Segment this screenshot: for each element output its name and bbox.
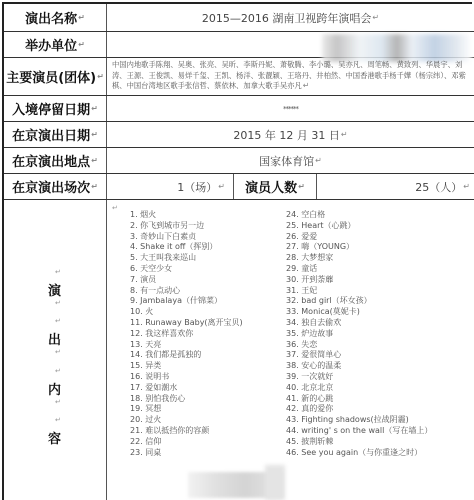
- song-item: 4. Shake it off（挥别）: [130, 242, 243, 253]
- entry-dates-masked-text: ******: [283, 105, 298, 113]
- beijing-date-label-text: 在京演出日期: [12, 125, 90, 144]
- song-item: 22. 信仰: [130, 437, 243, 448]
- paragraph-mark-icon: ↵: [218, 182, 225, 191]
- sessions-value: 1（场）↵: [107, 174, 233, 199]
- paragraph-mark-icon: ↵: [91, 182, 98, 191]
- redacted-watermark-block: [265, 465, 285, 500]
- paragraph-mark-icon: ↵: [91, 156, 98, 165]
- performers-text: 中国内地歌手陈翔、吴奥、张亮、吴昕、李斯丹妮、萧敬腾、李小璐、吴亦凡、周笔畅、黄…: [112, 60, 466, 90]
- song-item: 44. writing' s on the wall（写在墙上）: [286, 426, 432, 437]
- row-beijing-date: 在京演出日期↵ 2015 年 12 月 31 日↵: [4, 122, 474, 148]
- paragraph-mark-icon: ↵: [55, 398, 61, 406]
- actor-count-value: 25（人）↵: [316, 174, 474, 199]
- song-item: 38. 安心的温柔: [286, 361, 432, 372]
- paragraph-mark-icon: ↵: [91, 130, 98, 139]
- song-item: 45. 披荆斩棘: [286, 437, 432, 448]
- song-item: 41. 新的心跳: [286, 394, 432, 405]
- venue-text: 国家体育馆: [259, 153, 314, 169]
- song-item: 29. 童话: [286, 264, 432, 275]
- song-item: 30. 开到荼蘼: [286, 275, 432, 286]
- song-list-left: 1. 烟火 2. 你飞到城市另一边 3. 奇妙山下白素贞 4. Shake it…: [130, 210, 243, 458]
- show-name-label-text: 演出名称: [25, 8, 77, 27]
- paragraph-mark-icon: ↵: [372, 13, 379, 22]
- song-item: 36. 失恋: [286, 340, 432, 351]
- paragraph-mark-icon: ↵: [298, 182, 305, 191]
- paragraph-mark-icon: ↵: [55, 416, 61, 424]
- song-item: 28. 大梦想家: [286, 253, 432, 264]
- performance-application-form: 演出名称↵ 2015—2016 湖南卫视跨年演唱会↵ 举办单位↵ 主要演员(团体…: [2, 2, 472, 500]
- song-item: 33. Monica(莫妮卡): [286, 307, 432, 318]
- song-item: 12. 我这样喜欢你: [130, 329, 243, 340]
- entry-dates-label-text: 入境停留日期: [12, 99, 90, 118]
- song-item: 5. 大王叫我来巡山: [130, 253, 243, 264]
- song-list-right: 24. 空白格 25. Heart（心跳） 26. 爱爱 27. 嗨（YOUNG…: [286, 210, 432, 458]
- beijing-date-value: 2015 年 12 月 31 日↵: [107, 122, 474, 147]
- paragraph-mark-icon: ↵: [91, 104, 98, 113]
- song-item: 20. 过火: [130, 415, 243, 426]
- organizer-value: [107, 32, 474, 57]
- venue-label: 在京演出地点↵: [4, 148, 107, 173]
- song-item: 32. bad girl（坏女孩）: [286, 296, 432, 307]
- actor-count-label-text: 演员人数: [245, 177, 297, 196]
- performance-content-label: ↵ 演 ↵ ↵ 出 ↵ ↵ 内 ↵ ↵ 容: [4, 200, 107, 500]
- sessions-label: 在京演出场次↵: [4, 174, 107, 199]
- song-item: 43. Fighting shadows(拉战阴霾): [286, 415, 432, 426]
- actor-count-label: 演员人数↵: [233, 174, 317, 199]
- song-item: 31. 王妃: [286, 286, 432, 297]
- song-item: 40. 北京北京: [286, 383, 432, 394]
- paragraph-mark-icon: ↵: [463, 182, 470, 191]
- entry-dates-label: 入境停留日期↵: [4, 96, 107, 121]
- song-item: 34. 独自去偷欢: [286, 318, 432, 329]
- content-label-char: 容: [48, 428, 61, 447]
- show-name-label: 演出名称↵: [4, 4, 107, 31]
- content-label-char: 内: [48, 379, 61, 398]
- paragraph-mark-icon: ↵: [78, 13, 85, 22]
- song-item: 27. 嗨（YOUNG）: [286, 242, 432, 253]
- sessions-label-text: 在京演出场次: [12, 177, 90, 196]
- paragraph-mark-icon: ↵: [78, 40, 85, 49]
- show-name-value: 2015—2016 湖南卫视跨年演唱会↵: [107, 4, 474, 31]
- song-item: 10. 火: [130, 307, 243, 318]
- song-item: 15. 异类: [130, 361, 243, 372]
- song-item: 46. See you again（与你重逢之时）: [286, 448, 432, 459]
- song-item: 37. 爱很简单心: [286, 350, 432, 361]
- row-performers: 主要演员(团体)↵ 中国内地歌手陈翔、吴奥、张亮、吴昕、李斯丹妮、萧敬腾、李小璐…: [4, 58, 474, 96]
- row-entry-dates: 入境停留日期↵ ******: [4, 96, 474, 122]
- venue-label-text: 在京演出地点: [12, 151, 90, 170]
- song-item: 1. 烟火: [130, 210, 243, 221]
- song-item: 35. 炉边故事: [286, 329, 432, 340]
- row-sessions: 在京演出场次↵ 1（场）↵ 演员人数↵ 25（人）↵: [4, 174, 474, 200]
- song-item: 2. 你飞到城市另一边: [130, 221, 243, 232]
- row-performance-content: ↵ 演 ↵ ↵ 出 ↵ ↵ 内 ↵ ↵ 容 ↵ 1. 烟火 2. 你飞到城市另一…: [4, 200, 474, 500]
- song-item: 9. Jambalaya（什锦菜）: [130, 296, 243, 307]
- content-label-char: 出: [48, 329, 61, 348]
- performers-label: 主要演员(团体)↵: [4, 58, 107, 95]
- row-venue: 在京演出地点↵ 国家体育馆↵: [4, 148, 474, 174]
- song-item: 42. 真的爱你: [286, 404, 432, 415]
- performers-label-text: 主要演员(团体): [6, 67, 96, 86]
- song-item: 11. Runaway Baby(离开宝贝): [130, 318, 243, 329]
- show-name-text: 2015—2016 湖南卫视跨年演唱会: [202, 10, 371, 26]
- actor-count-text: 25（人）: [415, 179, 462, 195]
- paragraph-mark-icon: ↵: [55, 317, 61, 325]
- paragraph-mark-icon: ↵: [315, 156, 322, 165]
- paragraph-mark-icon: ↵: [341, 130, 348, 139]
- song-item: 13. 天亮: [130, 340, 243, 351]
- row-show-name: 演出名称↵ 2015—2016 湖南卫视跨年演唱会↵: [4, 4, 474, 32]
- organizer-label-text: 举办单位: [25, 35, 77, 54]
- song-item: 39. 一次就好: [286, 372, 432, 383]
- paragraph-mark-icon: ↵: [55, 348, 61, 356]
- venue-value: 国家体育馆↵: [107, 148, 474, 173]
- content-label-char: 演: [48, 280, 61, 299]
- song-item: 17. 爱如潮水: [130, 383, 243, 394]
- entry-dates-value: ******: [107, 96, 474, 121]
- beijing-date-label: 在京演出日期↵: [4, 122, 107, 147]
- paragraph-mark-icon: ↵: [55, 367, 61, 375]
- song-item: 23. 同桌: [130, 448, 243, 459]
- sessions-text: 1（场）: [177, 179, 217, 195]
- song-item: 14. 我们都是孤独的: [130, 350, 243, 361]
- row-organizer: 举办单位↵: [4, 32, 474, 58]
- song-item: 8. 有一点动心: [130, 286, 243, 297]
- paragraph-mark-icon: ↵: [97, 72, 104, 81]
- paragraph-mark-icon: ↵: [303, 81, 310, 90]
- song-item: 21. 难以抵挡你的容颜: [130, 426, 243, 437]
- song-item: 3. 奇妙山下白素贞: [130, 232, 243, 243]
- song-item: 7. 演员: [130, 275, 243, 286]
- paragraph-mark-icon: ↵: [112, 204, 118, 212]
- song-item: 6. 天空少女: [130, 264, 243, 275]
- song-item: 18. 别怕我伤心: [130, 394, 243, 405]
- song-item: 26. 爱爱: [286, 232, 432, 243]
- paragraph-mark-icon: ↵: [55, 268, 61, 276]
- song-item: 24. 空白格: [286, 210, 432, 221]
- song-item: 25. Heart（心跳）: [286, 221, 432, 232]
- song-item: 19. 冥想: [130, 404, 243, 415]
- song-item: 16. 说明书: [130, 372, 243, 383]
- organizer-label: 举办单位↵: [4, 32, 107, 57]
- paragraph-mark-icon: ↵: [55, 299, 61, 307]
- performers-value: 中国内地歌手陈翔、吴奥、张亮、吴昕、李斯丹妮、萧敬腾、李小璐、吴亦凡、周笔畅、黄…: [112, 60, 468, 93]
- beijing-date-text: 2015 年 12 月 31 日: [233, 127, 339, 143]
